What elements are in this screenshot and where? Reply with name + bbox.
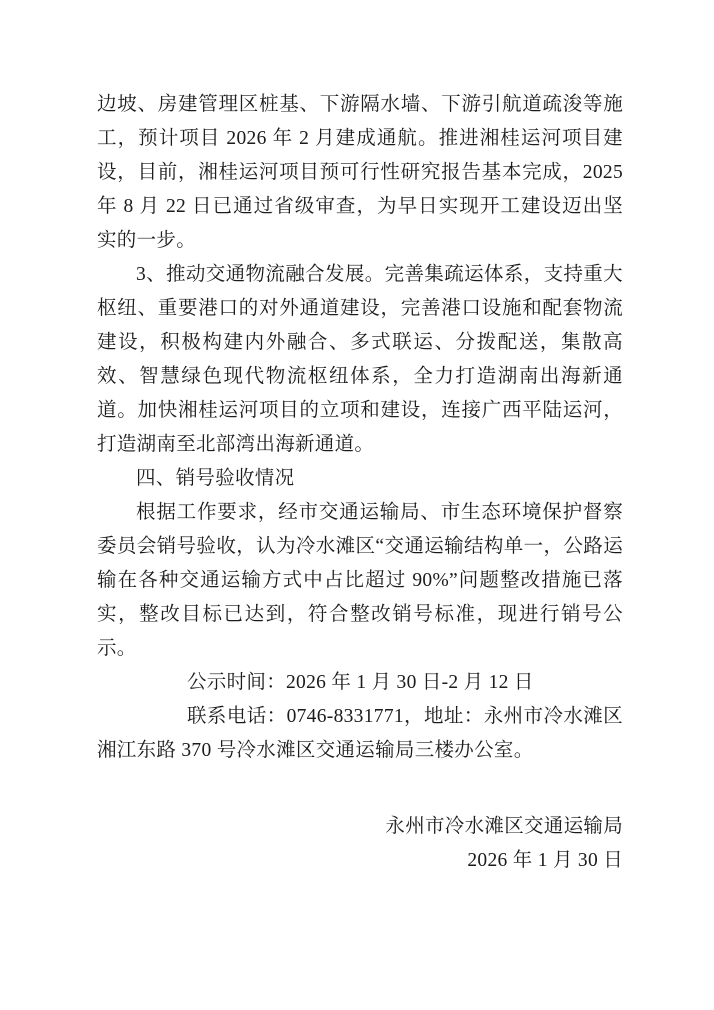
section-heading: 四、销号验收情况 — [97, 462, 623, 496]
body-paragraph-continuation: 边坡、房建管理区桩基、下游隔水墙、下游引航道疏浚等施工，预计项目 2026 年 … — [97, 88, 623, 258]
signature-org: 永州市冷水滩区交通运输局 — [97, 810, 623, 844]
signature-date: 2026 年 1 月 30 日 — [97, 844, 623, 878]
contact-line: 联系电话：0746-8331771，地址：永州市冷水滩区湘江东路 370 号冷水… — [97, 700, 623, 768]
document-page: 边坡、房建管理区桩基、下游隔水墙、下游引航道疏浚等施工，预计项目 2026 年 … — [0, 0, 714, 1010]
signature-block: 永州市冷水滩区交通运输局 2026 年 1 月 30 日 — [97, 810, 623, 878]
notice-period-line: 公示时间：2026 年 1 月 30 日-2 月 12 日 — [97, 666, 623, 700]
body-paragraph-acceptance: 根据工作要求，经市交通运输局、市生态环境保护督察委员会销号验收，认为冷水滩区“交… — [97, 496, 623, 666]
body-paragraph-item3: 3、推动交通物流融合发展。完善集疏运体系，支持重大枢纽、重要港口的对外通道建设，… — [97, 258, 623, 462]
